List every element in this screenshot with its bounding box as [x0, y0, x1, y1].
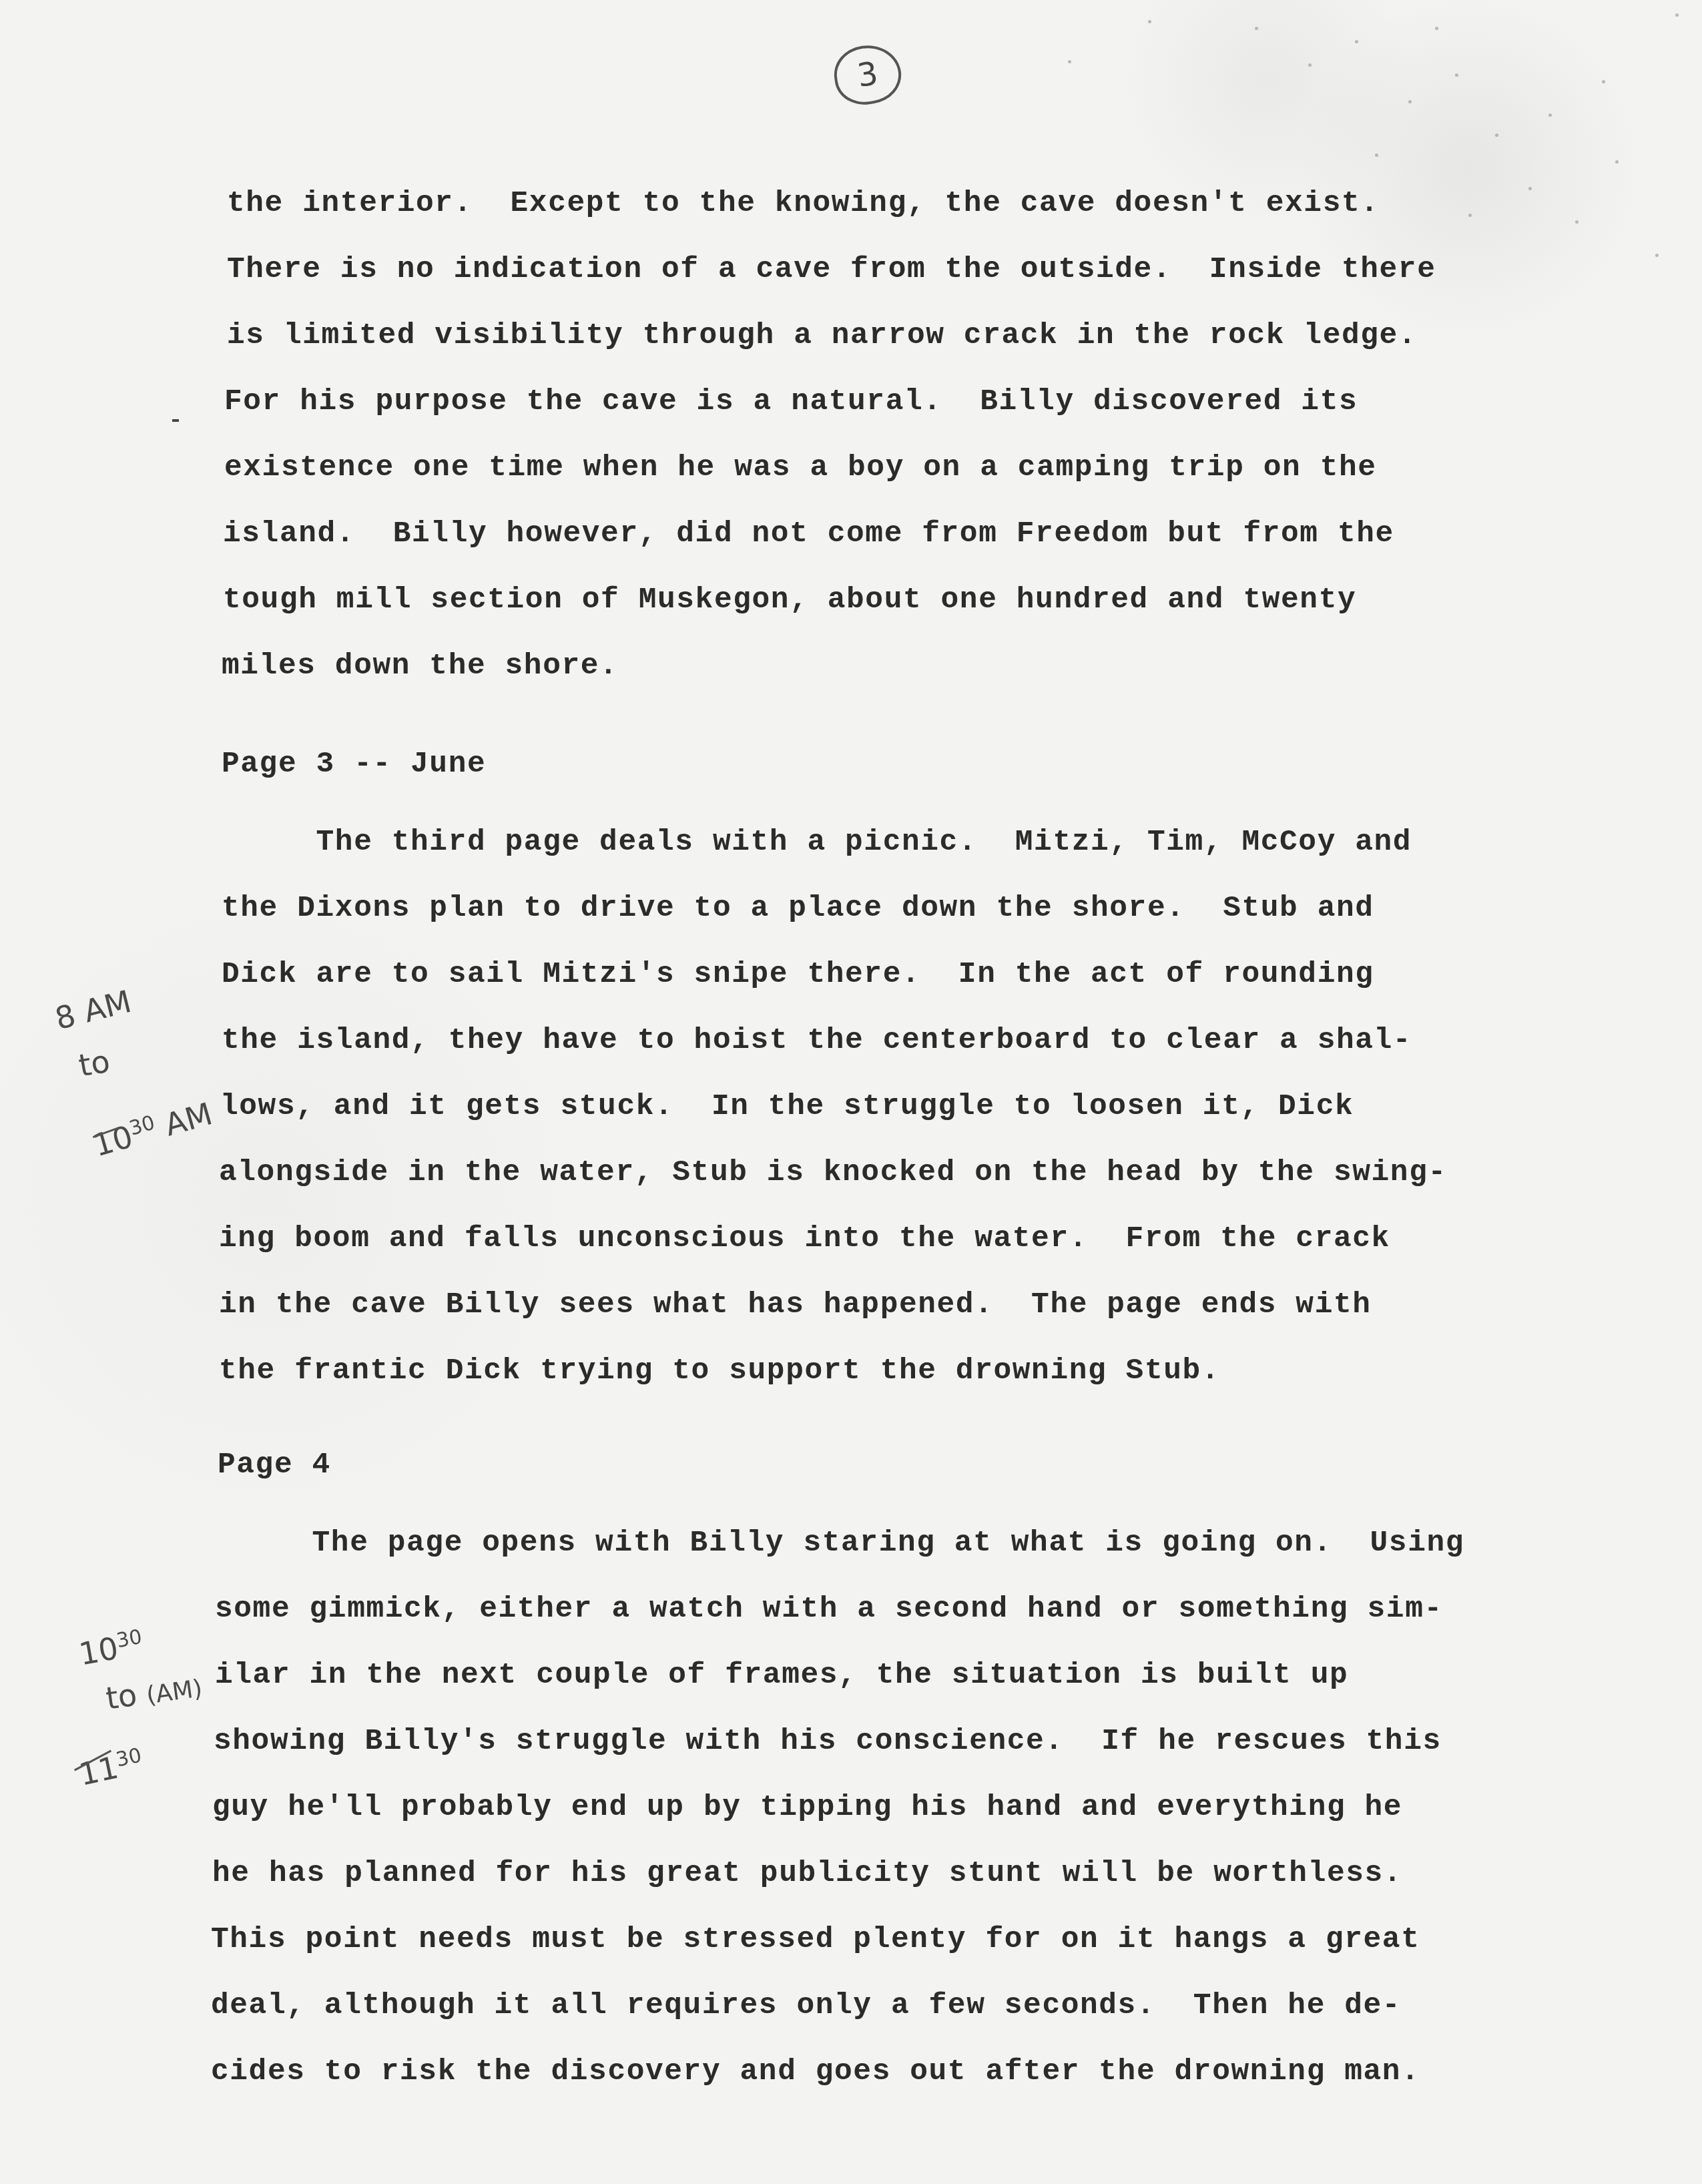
note-suffix: AM: [161, 1095, 216, 1143]
text-line: is limited visibility through a narrow c…: [227, 321, 1417, 351]
text-line: the Dixons plan to drive to a place down…: [222, 894, 1374, 924]
text-line: The page opens with Billy staring at wha…: [218, 1529, 1464, 1559]
text-line: There is no indication of a cave from th…: [227, 255, 1436, 285]
text-line: in the cave Billy sees what has happened…: [219, 1290, 1372, 1320]
text-line: the island, they have to hoist the cente…: [222, 1026, 1412, 1056]
text-line: he has planned for his great publicity s…: [212, 1859, 1402, 1889]
text-line: This point needs must be stressed plenty…: [211, 1925, 1420, 1955]
section-heading: Page 3 -- June: [222, 748, 486, 781]
text-line: miles down the shore.: [222, 651, 618, 681]
text-line: deal, although it all requires only a fe…: [211, 1991, 1401, 2021]
text-line: cides to risk the discovery and goes out…: [211, 2057, 1420, 2087]
text-line: ilar in the next couple of frames, the s…: [215, 1661, 1348, 1691]
text-line: the interior. Except to the knowing, the…: [227, 189, 1380, 219]
text-line: ing boom and falls unconscious into the …: [219, 1224, 1390, 1254]
text-line: some gimmick, either a watch with a seco…: [215, 1595, 1443, 1625]
text-line: lows, and it gets stuck. In the struggle…: [220, 1092, 1354, 1122]
text-line: alongside in the water, Stub is knocked …: [219, 1158, 1447, 1188]
text-line: guy he'll probably end up by tipping his…: [212, 1793, 1402, 1823]
page-number-text: 3: [855, 55, 880, 95]
text-line: tough mill section of Muskegon, about on…: [223, 585, 1356, 615]
text-line: showing Billy's struggle with his consci…: [214, 1727, 1442, 1757]
margin-mark: [172, 419, 179, 422]
note-minutes: 30: [127, 1111, 158, 1140]
text-line: island. Billy however, did not come from…: [223, 519, 1394, 549]
section-heading: Page 4: [218, 1448, 331, 1482]
text-line: the frantic Dick trying to support the d…: [219, 1356, 1220, 1386]
note-to: to: [103, 1677, 139, 1717]
text-line: existence one time when he was a boy on …: [224, 453, 1377, 483]
note-line: to: [76, 1045, 111, 1081]
text-line: Dick are to sail Mitzi's snipe there. In…: [222, 960, 1374, 990]
note-suffix: (AM): [145, 1675, 204, 1709]
text-line: The third page deals with a picnic. Mitz…: [222, 828, 1412, 858]
note-minutes: 30: [114, 1743, 144, 1771]
text-line: For his purpose the cave is a natural. B…: [224, 387, 1358, 417]
